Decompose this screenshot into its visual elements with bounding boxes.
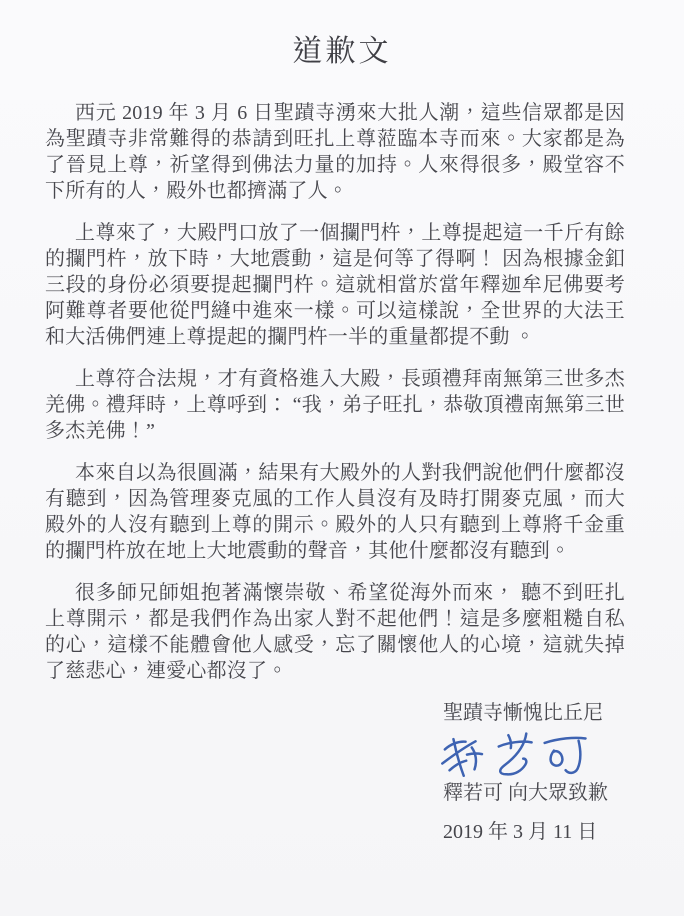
letter-body: 西元 2019 年 3 月 6 日聖蹟寺湧來大批人潮，這些信眾都是因為聖蹟寺非常… [45,100,625,845]
paragraph: 上尊來了，大殿門口放了一個攔門杵，上尊提起這一千斤有餘的攔門杵，放下時，大地震動… [45,220,625,350]
paragraph: 上尊符合法規，才有資格進入大殿，長頭禮拜南無第三世多杰羌佛。禮拜時，上尊呼到： … [45,366,625,444]
paragraph: 西元 2019 年 3 月 6 日聖蹟寺湧來大批人潮，這些信眾都是因為聖蹟寺非常… [45,100,625,204]
handwritten-signature [438,727,590,780]
paragraph: 很多師兄師姐抱著滿懷崇敬、希望從海外而來， 聽不到旺扎上尊開示，都是我們作為出家… [45,580,625,684]
signature-closing-line: 釋若可 向大眾致歉 [443,780,643,806]
paragraph: 本來自以為很圓滿，結果有大殿外的人對我們說他們什麼都沒有聽到，因為管理麥克風的工… [45,460,625,564]
signature-block: 聖蹟寺慚愧比丘尼 釋若可 向大眾致歉 2019 年 3 月 11 日 [443,700,643,845]
signature-date: 2019 年 3 月 11 日 [443,819,643,845]
scanned-apology-letter: 道歉文 西元 2019 年 3 月 6 日聖蹟寺湧來大批人潮，這些信眾都是因為聖… [0,0,684,916]
signature-org-line: 聖蹟寺慚愧比丘尼 [443,700,643,726]
document-title: 道歉文 [0,26,684,70]
